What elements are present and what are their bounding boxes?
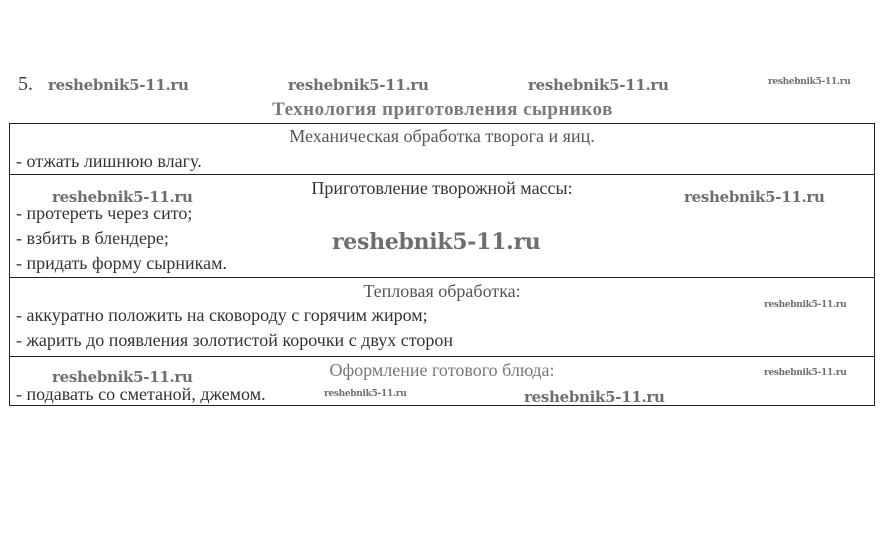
- watermark: reshebnik5-11.ru: [684, 188, 825, 206]
- watermark: reshebnik5-11.ru: [324, 389, 406, 399]
- section-item: - взбить в блендере;: [16, 228, 169, 249]
- watermark: reshebnik5-11.ru: [288, 76, 429, 94]
- watermark: reshebnik5-11.ru: [332, 229, 540, 255]
- section-heading: Тепловая обработка:: [10, 281, 874, 302]
- watermark: reshebnik5-11.ru: [524, 388, 665, 406]
- watermark: reshebnik5-11.ru: [528, 76, 669, 94]
- watermark: reshebnik5-11.ru: [764, 300, 846, 310]
- watermark: reshebnik5-11.ru: [52, 368, 193, 386]
- watermark: reshebnik5-11.ru: [764, 368, 846, 378]
- section-item: - протереть через сито;: [16, 203, 192, 224]
- watermark: reshebnik5-11.ru: [768, 77, 850, 87]
- document-title: Технология приготовления сырников: [0, 99, 885, 121]
- section-row: Механическая обработка творога и яиц. - …: [10, 124, 874, 175]
- section-item: - аккуратно положить на сковороду с горя…: [16, 305, 428, 326]
- watermark: reshebnik5-11.ru: [52, 188, 193, 206]
- watermark: reshebnik5-11.ru: [48, 76, 189, 94]
- section-item: - жарить до появления золотистой корочки…: [16, 330, 453, 351]
- section-heading: Механическая обработка творога и яиц.: [10, 126, 874, 147]
- task-number: 5.: [18, 73, 33, 96]
- technology-table: Механическая обработка творога и яиц. - …: [9, 123, 875, 406]
- section-item: - придать форму сырникам.: [16, 253, 227, 274]
- section-row: Тепловая обработка: - аккуратно положить…: [10, 278, 874, 357]
- section-item: - отжать лишнюю влагу.: [16, 151, 202, 172]
- section-item: - подавать со сметаной, джемом.: [16, 384, 266, 405]
